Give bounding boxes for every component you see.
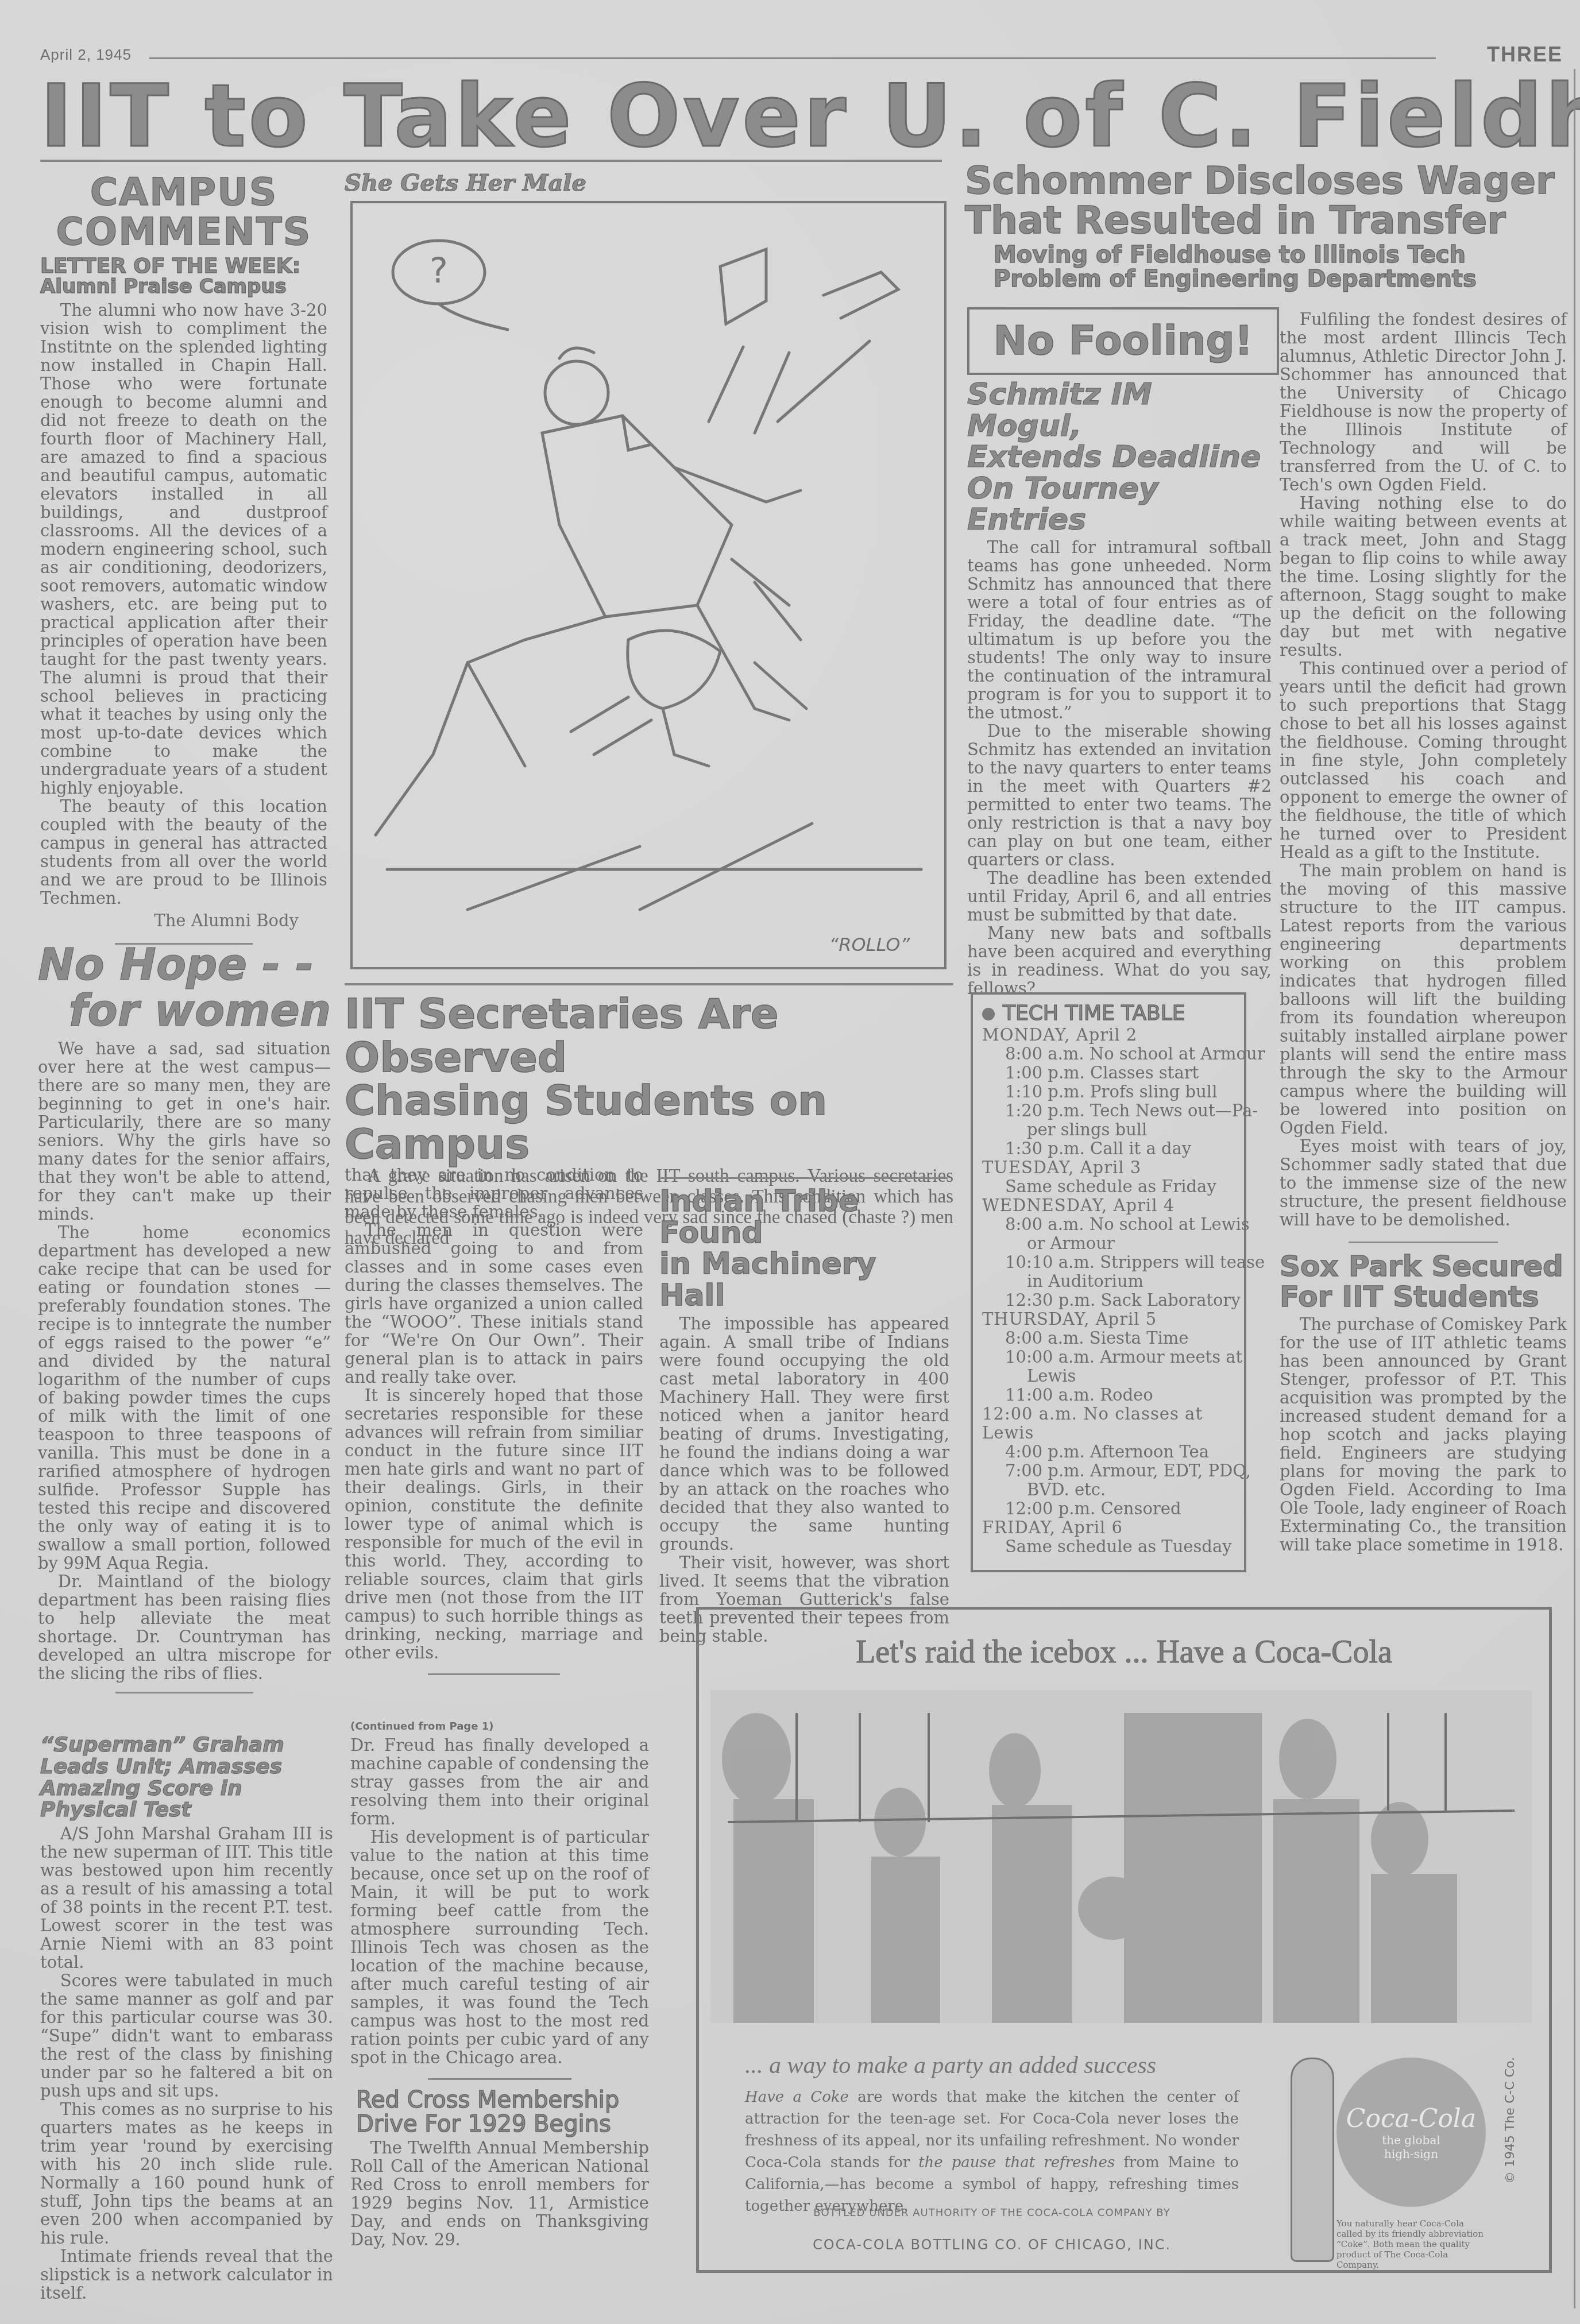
indian-headline-1: Indian Tribe Found — [659, 1186, 949, 1248]
timetable-entry: BVD. etc. — [982, 1480, 1238, 1499]
timetable-title-text: TECH TIME TABLE — [1003, 1001, 1185, 1025]
timetable-entry: 1:20 p.m. Tech News out—Pa- — [982, 1101, 1238, 1120]
timetable-entry: in Auditorium — [982, 1272, 1238, 1291]
schommer-paragraph: Fulfiling the fondest desires of the mos… — [1280, 310, 1567, 494]
sox-paragraph: The purchase of Comiskey Park for the us… — [1280, 1315, 1567, 1554]
schommer-headline-block: Schommer Discloses Wager That Resulted i… — [965, 161, 1574, 291]
red-cross-headline-2: Drive For 1929 Begins — [350, 2112, 649, 2136]
ad-body-italic: the pause that refreshes — [918, 2154, 1115, 2171]
ad-note: You naturally hear Coca-Cola called by i… — [1336, 2218, 1492, 2270]
schmitz-body: The call for intramural softball teams h… — [967, 538, 1272, 997]
no-hope-article: No Hope - - for women We have a sad, sad… — [38, 942, 331, 1693]
divider — [428, 1673, 560, 1675]
timetable-entry: or Armour — [982, 1234, 1238, 1253]
schmitz-paragraph: Due to the miserable showing Schmitz has… — [967, 722, 1272, 869]
banner-rule — [40, 160, 942, 162]
timetable-entry: 8:00 a.m. No school at Armour — [982, 1045, 1238, 1064]
sox-headline-1: Sox Park Secured — [1280, 1251, 1567, 1282]
schommer-deck-1: Moving of Fieldhouse to Illinois Tech — [965, 243, 1574, 267]
schmitz-paragraph: The deadline has been extended until Fri… — [967, 869, 1272, 924]
timetable-day: MONDAY, April 2 — [982, 1026, 1238, 1045]
secretaries-paragraph: that they are in no condition to repulse… — [345, 1166, 643, 1221]
continued-label: (Continued from Page 1) — [350, 1720, 649, 1733]
banner-headline: IIT to Take Over U. of C. Fieldhouse — [40, 74, 1580, 160]
divider — [1349, 1242, 1498, 1243]
ad-body-lead: Have a Coke — [745, 2089, 849, 2106]
cartoon-block: She Gets Her Male — [345, 171, 948, 195]
divider — [428, 2078, 571, 2080]
schommer-paragraph: The main problem on hand is the moving o… — [1280, 861, 1567, 1137]
page-number: THREE — [1487, 42, 1563, 67]
schommer-deck-2: Problem of Engineering Departments — [965, 267, 1574, 291]
timetable-day: THURSDAY, April 5 — [982, 1310, 1238, 1329]
schmitz-headline-1: Schmitz IM Mogul, — [967, 379, 1272, 442]
cartoonist-signature: “ROLLO” — [829, 934, 910, 956]
timetable-entry: Same schedule as Tuesday — [982, 1537, 1238, 1556]
timetable-entry: Same schedule as Friday — [982, 1177, 1238, 1196]
campus-comments-column: CAMPUS COMMENTS LETTER OF THE WEEK: Alum… — [40, 172, 327, 945]
timetable-entry: Lewis — [982, 1367, 1238, 1386]
letter-subhead: Alumni Praise Campus — [40, 277, 327, 297]
coke-bottle-icon — [1291, 2058, 1334, 2262]
superman-body: A/S John Marshal Graham III is the new s… — [40, 1824, 333, 2302]
no-hope-headline-1: No Hope - - — [38, 942, 331, 988]
timetable-day: TUESDAY, April 3 — [982, 1158, 1238, 1177]
superman-paragraph: Scores were tabulated in much the same m… — [40, 1971, 333, 2100]
secretaries-headline-1: IIT Secretaries Are Observed — [345, 992, 953, 1079]
timetable-entry: 10:10 a.m. Strippers will tease — [982, 1253, 1238, 1272]
no-hope-headline-2: for women — [38, 988, 331, 1034]
letter-body: The alumni who now have 3-20 vision wish… — [40, 301, 327, 907]
superman-headline: “Superman” Graham Leads Unit; Amasses Am… — [40, 1734, 333, 1821]
superman-paragraph: Intimate friends reveal that the slipsti… — [40, 2247, 333, 2302]
schmitz-headline-2: Extends Deadline — [967, 442, 1272, 473]
indian-paragraph: The impossible has appeared again. A sma… — [659, 1314, 949, 1553]
freud-paragraph: His development is of particular value t… — [350, 1828, 649, 2067]
secretaries-paragraph: The men in question were ambushed going … — [345, 1221, 643, 1386]
freud-paragraph: Dr. Freud has finally developed a machin… — [350, 1736, 649, 1828]
schommer-paragraph: Eyes moist with tears of joy, Schommer s… — [1280, 1137, 1567, 1229]
freud-body: Dr. Freud has finally developed a machin… — [350, 1736, 649, 2067]
no-fooling-label: No Fooling! — [993, 320, 1253, 362]
letter-kicker: LETTER OF THE WEEK: — [40, 256, 327, 277]
secretaries-body: that they are in no condition to repulse… — [345, 1166, 643, 1675]
schommer-paragraph: Having nothing else to do while waiting … — [1280, 494, 1567, 659]
timetable-entry: 12:30 p.m. Sack Laboratory — [982, 1291, 1238, 1310]
ad-bottler-1: BOTTLED UNDER AUTHORITY OF THE COCA-COLA… — [745, 2207, 1239, 2219]
rule — [345, 983, 953, 985]
schommer-headline-1: Schommer Discloses Wager — [965, 161, 1574, 200]
timetable-day: FRIDAY, April 6 — [982, 1518, 1238, 1537]
red-cross-body: The Twelfth Annual Membership Roll Call … — [350, 2139, 649, 2249]
indian-body: The impossible has appeared again. A sma… — [659, 1314, 949, 1645]
secretaries-headline-2: Chasing Students on Campus — [345, 1079, 953, 1166]
issue-date: April 2, 1945 — [40, 46, 132, 64]
schommer-body: Fulfiling the fondest desires of the mos… — [1280, 310, 1567, 1554]
ad-body: Have a Coke are words that make the kitc… — [745, 2086, 1239, 2217]
cartoon-frame: ? “ROLLO” — [350, 201, 947, 969]
timetable-day: 12:00 a.m. No classes at Lewis — [982, 1405, 1238, 1443]
red-cross-paragraph: The Twelfth Annual Membership Roll Call … — [350, 2139, 649, 2249]
timetable-entry: 4:00 p.m. Afternoon Tea — [982, 1443, 1238, 1461]
superman-paragraph: This comes as no surprise to his quarter… — [40, 2100, 333, 2247]
timetable-entry: 12:00 p.m. Censored — [982, 1499, 1238, 1518]
timetable-day: WEDNESDAY, April 4 — [982, 1196, 1238, 1215]
timetable-entry: 10:00 a.m. Armour meets at — [982, 1348, 1238, 1367]
freud-article: (Continued from Page 1) Dr. Freud has fi… — [350, 1720, 649, 2249]
coke-logo-sub: the global high-sign — [1371, 2133, 1451, 2161]
bullet-icon — [982, 1008, 995, 1020]
secretaries-paragraph: It is sincerely hoped that those secreta… — [345, 1386, 643, 1662]
schommer-headline-2: That Resulted in Transfer — [965, 200, 1574, 240]
timetable-entry: 7:00 p.m. Armour, EDT, PDQ, — [982, 1461, 1238, 1480]
no-hope-paragraph: Dr. Maintland of the biology department … — [38, 1572, 331, 1683]
superman-article: “Superman” Graham Leads Unit; Amasses Am… — [40, 1734, 333, 2302]
campus-comments-title-2: COMMENTS — [40, 212, 327, 252]
ad-illustration — [710, 1690, 1532, 2023]
timetable-entry: 8:00 a.m. No school at Lewis — [982, 1215, 1238, 1234]
timetable-entry: 1:00 p.m. Classes start — [982, 1064, 1238, 1082]
schommer-paragraph: This continued over a period of years un… — [1280, 659, 1567, 861]
masthead-rule — [149, 57, 1436, 59]
ad-copyright: © 1945 The C-C Co. — [1503, 2057, 1517, 2184]
cartoon-caption: She Gets Her Male — [345, 171, 948, 195]
coca-cola-ad: Let's raid the icebox ... Have a Coca-Co… — [696, 1607, 1552, 2273]
red-cross-headline-1: Red Cross Membership — [350, 2088, 649, 2112]
letter-signature: The Alumni Body — [40, 911, 327, 930]
superman-paragraph: A/S John Marshal Graham III is the new s… — [40, 1824, 333, 1971]
timetable-lines: MONDAY, April 28:00 a.m. No school at Ar… — [982, 1026, 1238, 1556]
no-hope-body: We have a sad, sad situation over here a… — [38, 1039, 331, 1683]
timetable-entry: per slings bull — [982, 1120, 1238, 1139]
timetable-entry: 1:30 p.m. Call it a day — [982, 1139, 1238, 1158]
timetable-entry: 11:00 a.m. Rodeo — [982, 1386, 1238, 1405]
ad-tagline: ... a way to make a party an added succe… — [745, 2052, 1156, 2079]
page-edge — [1574, 69, 1575, 2308]
timetable-box: TECH TIME TABLE MONDAY, April 28:00 a.m.… — [971, 992, 1246, 1572]
rule — [660, 1177, 948, 1179]
timetable-entry: 1:10 p.m. Profs sling bull — [982, 1082, 1238, 1101]
schmitz-article: Schmitz IM Mogul, Extends Deadline On To… — [967, 379, 1272, 997]
no-hope-paragraph: The home economics department has develo… — [38, 1223, 331, 1572]
coke-logo-disc: Coca-Cola the global high-sign — [1336, 2058, 1486, 2207]
timetable-entry: 8:00 a.m. Siesta Time — [982, 1329, 1238, 1348]
no-fooling-box: No Fooling! — [967, 307, 1279, 375]
campus-comments-title-1: CAMPUS — [40, 172, 327, 212]
letter-paragraph: The alumni who now have 3-20 vision wish… — [40, 301, 327, 797]
divider — [115, 1692, 253, 1693]
ad-bottler-2: COCA-COLA BOTTLING CO. OF CHICAGO, INC. — [745, 2237, 1239, 2253]
coke-logo-text: Coca-Cola — [1346, 2104, 1476, 2133]
indian-tribe-article: Indian Tribe Found in Machinery Hall The… — [659, 1186, 949, 1645]
schmitz-headline-3: On Tourney Entries — [967, 473, 1272, 536]
schmitz-paragraph: Many new bats and softballs have been ac… — [967, 924, 1272, 997]
indian-headline-2: in Machinery Hall — [659, 1248, 949, 1311]
question-mark-icon: ? — [430, 251, 448, 291]
timetable-title: TECH TIME TABLE — [982, 1003, 1238, 1024]
ad-headline: Let's raid the icebox ... Have a Coca-Co… — [699, 1634, 1549, 1671]
sox-headline-2: For IIT Students — [1280, 1282, 1567, 1312]
schmitz-paragraph: The call for intramural softball teams h… — [967, 538, 1272, 722]
no-hope-paragraph: We have a sad, sad situation over here a… — [38, 1039, 331, 1223]
newspaper-page: April 2, 1945 THREE IIT to Take Over U. … — [0, 0, 1580, 2324]
cartoon-illustration: ? — [353, 203, 944, 967]
letter-paragraph: The beauty of this location coupled with… — [40, 797, 327, 907]
